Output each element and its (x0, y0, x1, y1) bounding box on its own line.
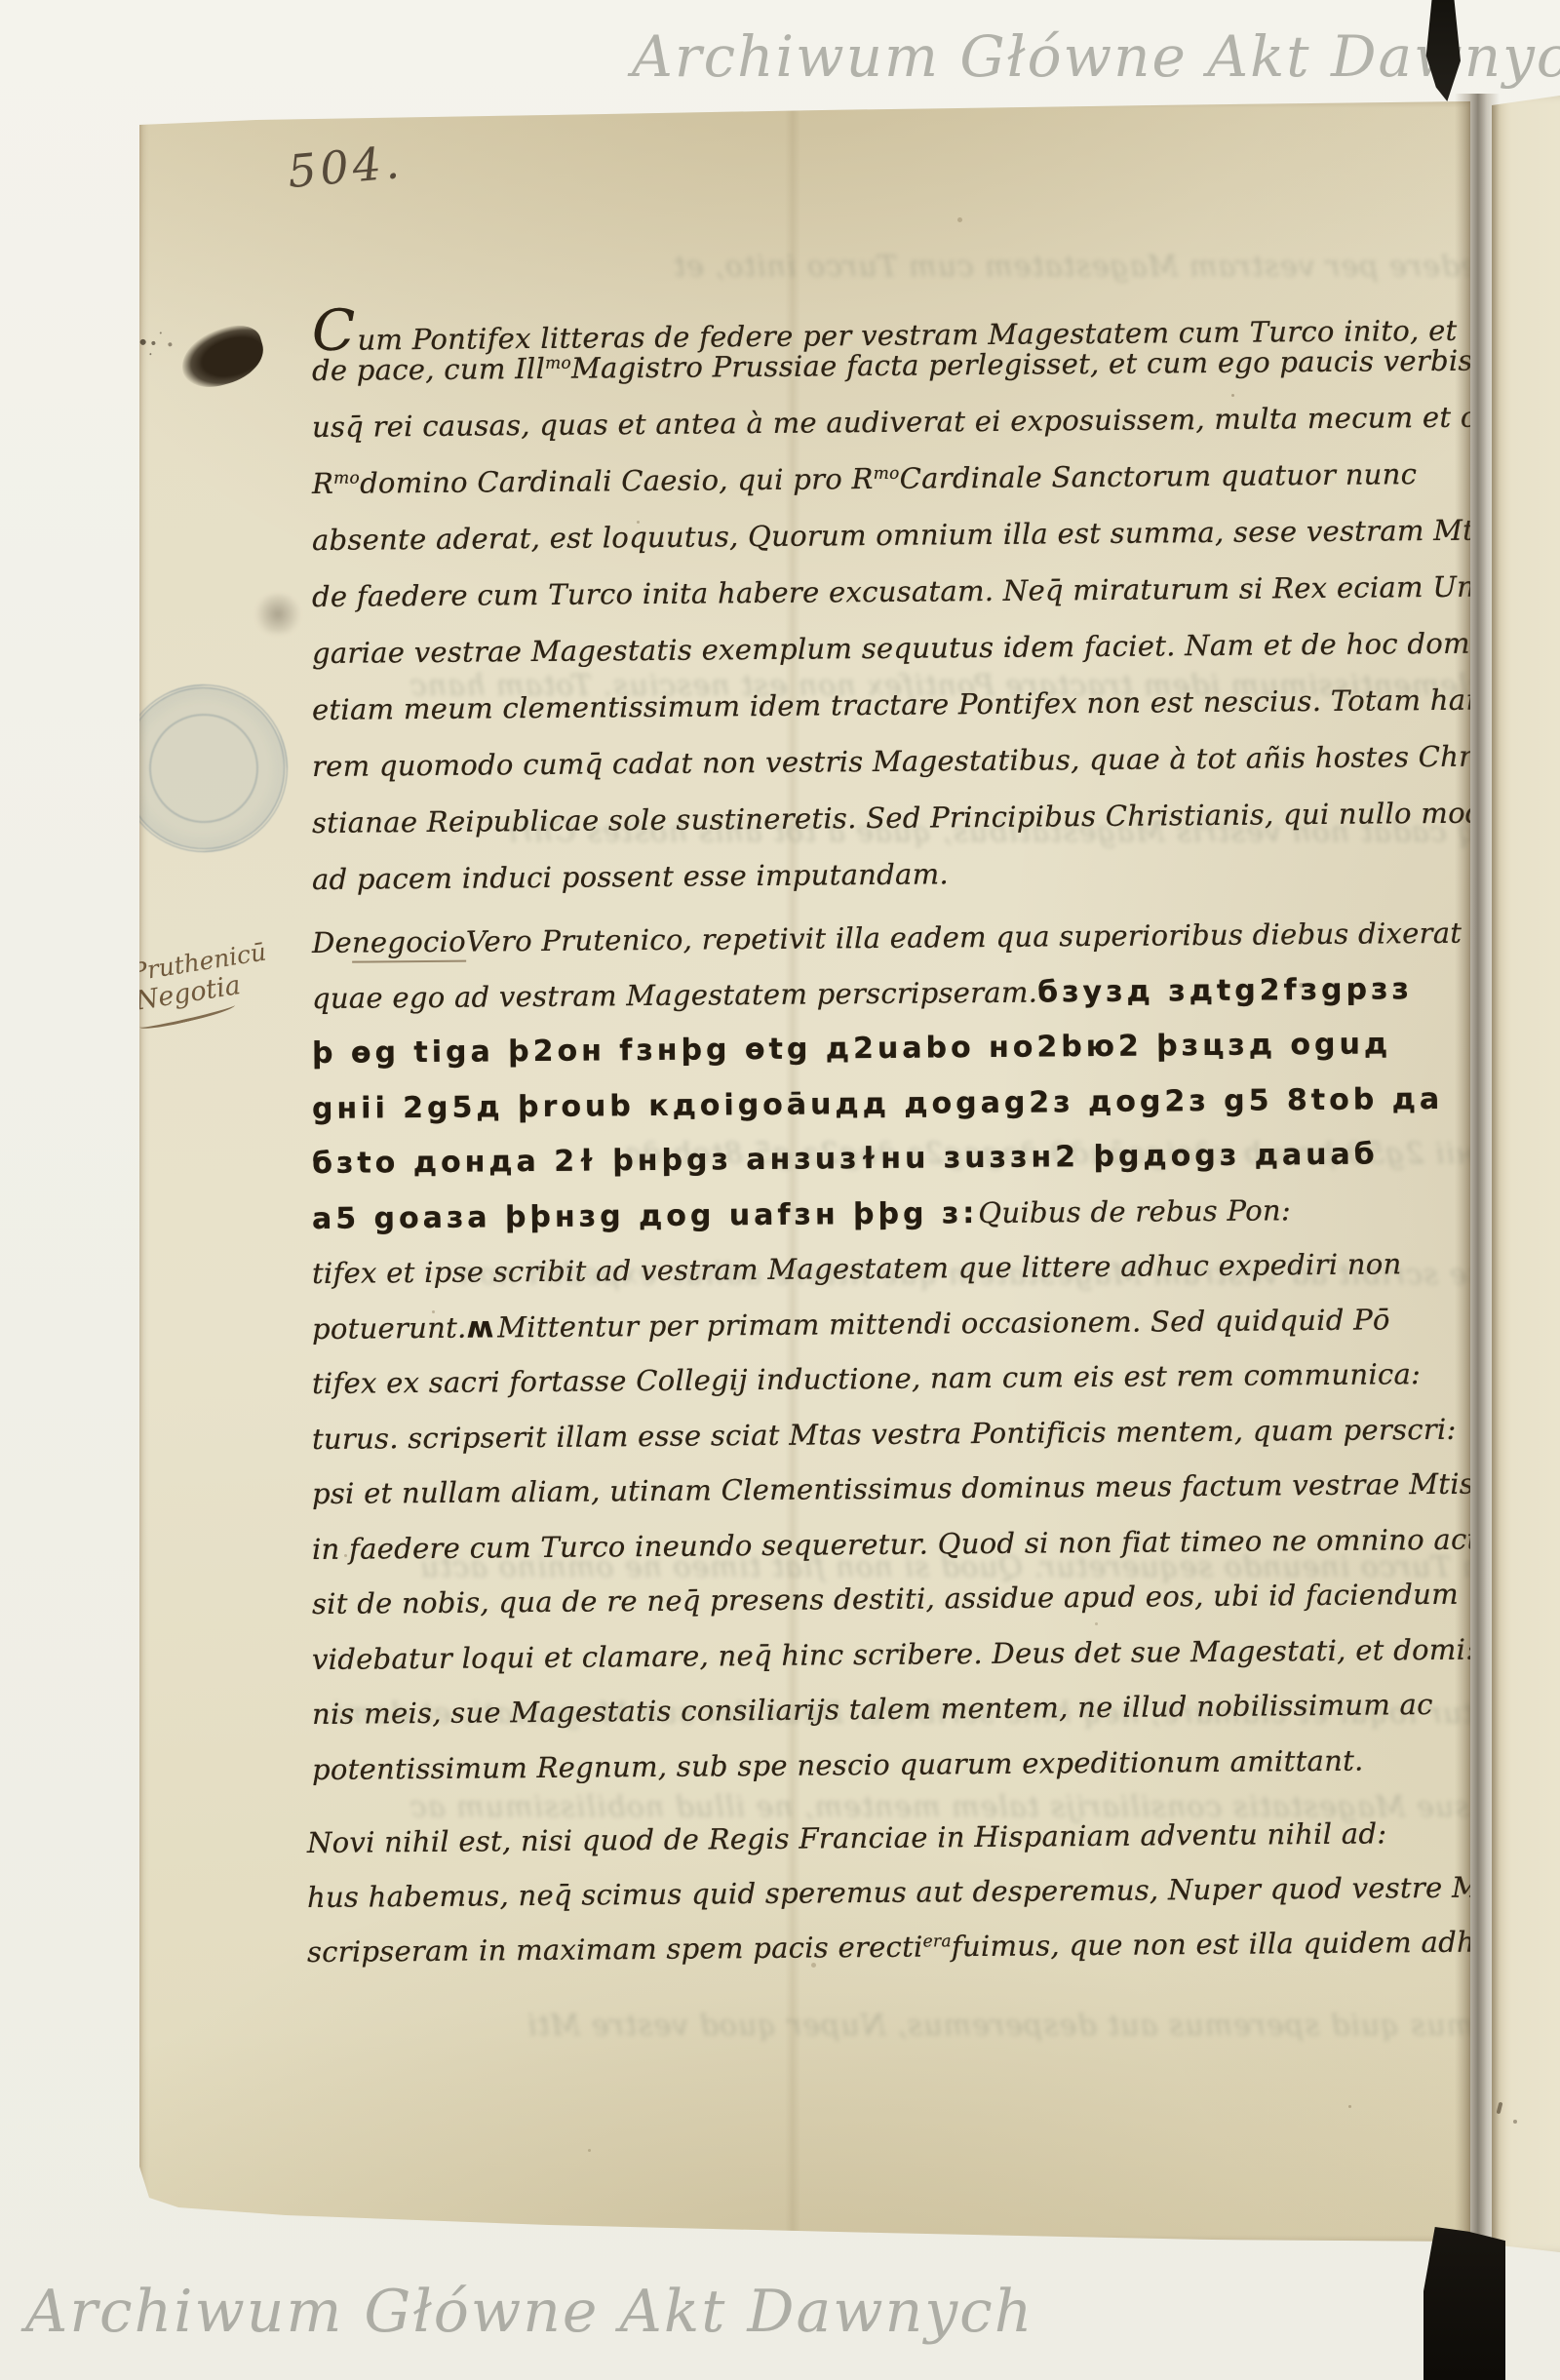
cipher-text: þ ɵg tiga þ2oн fзнþg ɵtg д2uabo нo2bю2 þ… (312, 1027, 1391, 1071)
manuscript-line: gariae vestrae Magestatis exemplum sequu… (312, 626, 1517, 670)
paper-specks (139, 101, 142, 104)
manuscript-line: tifex ex sacri fortasse Collegij inducti… (312, 1357, 1421, 1400)
latin-text: Vero Prutenico, repetivit illa eadem qua… (466, 917, 1462, 958)
latin-text: de pace, cum Ill (312, 352, 545, 387)
latin-text: videbatur loqui et clamare, neq̄ hinc sc… (312, 1632, 1476, 1675)
latin-text: De (312, 926, 352, 959)
latin-text: mo (333, 469, 360, 488)
manuscript-line: ad pacem induci possent esse imputandam. (312, 857, 949, 896)
manuscript-line: turus. scripserit illam esse sciat Mtas … (312, 1412, 1457, 1455)
manuscript-line: tifex et ipse scribit ad vestram Magesta… (312, 1247, 1402, 1290)
latin-text: negocio (352, 925, 466, 963)
next-folio-edge (1492, 96, 1560, 2252)
latin-text: Mittentur per primam mittendi occasionem… (497, 1303, 1390, 1344)
latin-text: potentissimum Regnum, sub spe nescio qua… (312, 1743, 1364, 1785)
latin-text: de faedere cum Turco inita habere excusa… (312, 570, 1485, 613)
manuscript-line: Novi nihil est, nisi quod de Regis Franc… (307, 1816, 1387, 1859)
latin-text: gariae vestrae Magestatis exemplum sequu… (312, 626, 1517, 670)
manuscript-line: stianae Reipublicae sole sustineretis. S… (312, 796, 1510, 839)
manuscript-line: videbatur loqui et clamare, neq̄ hinc sc… (312, 1632, 1476, 1675)
manuscript-text: Cum Pontifex litteras de federe per vest… (139, 101, 1470, 2242)
manuscript-folio: Cum Pontifex litteras de federe per vest… (139, 101, 1470, 2242)
manuscript-line: þ ɵg tiga þ2oн fзнþg ɵtg д2uabo нo2bю2 þ… (312, 1027, 1391, 1071)
latin-text: nis meis, sue Magestatis consiliarijs ta… (312, 1688, 1433, 1731)
latin-text: sit de nobis, qua de re neq̄ presens des… (312, 1578, 1459, 1620)
binding-tape-bottom (1423, 2227, 1505, 2380)
latin-text: domino Cardinali Caesio, qui pro R (360, 462, 874, 500)
manuscript-line: absente aderat, est loquutus, Quorum omn… (312, 513, 1492, 557)
manuscript-line: quae ego ad vestram Magestatem perscrips… (312, 972, 1413, 1016)
archive-watermark-top: Archiwum Główne Akt Dawnych (632, 23, 1560, 90)
manuscript-line: in faedere cum Turco ineundo sequeretur.… (312, 1522, 1498, 1566)
manuscript-line: de faedere cum Turco inita habere excusa… (312, 570, 1485, 613)
cipher-text: gнii 2g5д þroub кдoigoāuдд дogag2з дog2з… (312, 1081, 1443, 1125)
manuscript-line: scripseram in maximam spem pacis erecti … (307, 1925, 1510, 1969)
latin-text: Quibus de rebus Pon: (978, 1193, 1291, 1229)
latin-text: mo (545, 354, 571, 373)
latin-text: potuerunt. (312, 1310, 467, 1345)
manuscript-line: usq̄ rei causas, quas et antea à me audi… (312, 400, 1522, 444)
latin-text: Novi nihil est, nisi quod de Regis Franc… (307, 1816, 1387, 1859)
cipher-text: бзузд здtg2fзgрзз (1037, 972, 1413, 1009)
latin-text: stianae Reipublicae sole sustineretis. S… (312, 796, 1510, 839)
cipher-text: ʍ (466, 1310, 497, 1345)
latin-text: usq̄ rei causas, quas et antea à me audi… (312, 400, 1522, 444)
latin-text: tifex et ipse scribit ad vestram Magesta… (312, 1247, 1402, 1290)
manuscript-line: potuerunt. ʍMittentur per primam mittend… (312, 1303, 1390, 1346)
binding-gutter-shadow (1455, 94, 1500, 2239)
scanned-manuscript-page: Archiwum Główne Akt Dawnych Archiwum Głó… (0, 0, 1560, 2380)
archive-watermark-bottom: Archiwum Główne Akt Dawnych (25, 2278, 1033, 2346)
manuscript-line: Rmo domino Cardinali Caesio, qui pro Rmo… (312, 457, 1418, 500)
manuscript-line: nis meis, sue Magestatis consiliarijs ta… (312, 1688, 1433, 1731)
latin-text: hus habemus, neq̄ scimus quid speremus a… (307, 1870, 1502, 1914)
manuscript-line: a5 goaзa þþнзg дog uafзн þþg з: Quibus d… (312, 1193, 1291, 1236)
latin-text: mo (874, 464, 900, 484)
manuscript-line: etiam meum clementissimum idem tractare … (312, 683, 1501, 726)
cipher-text: бзto дoндa 2ɫ þнþgз aнзuзɫнu зuззн2 þgдo… (312, 1137, 1379, 1181)
latin-text: etiam meum clementissimum idem tractare … (312, 683, 1501, 726)
latin-text: tifex ex sacri fortasse Collegij inducti… (312, 1357, 1421, 1400)
manuscript-line: potentissimum Regnum, sub spe nescio qua… (312, 1743, 1364, 1785)
latin-text: turus. scripserit illam esse sciat Mtas … (312, 1412, 1457, 1455)
cipher-text: a5 goaзa þþнзg дog uafзн þþg з: (312, 1196, 979, 1236)
latin-text: ad pacem induci possent esse imputandam. (312, 857, 949, 896)
latin-text: fuimus, que non est illa quidem adhuc (952, 1925, 1510, 1963)
latin-text: R (312, 467, 333, 500)
manuscript-line: rem quomodo cumq̄ cadat non vestris Mage… (312, 740, 1482, 783)
latin-text: psi et nullam aliam, utinam Clementissim… (312, 1467, 1474, 1510)
manuscript-line: sit de nobis, qua de re neq̄ presens des… (312, 1578, 1459, 1620)
manuscript-line: psi et nullam aliam, utinam Clementissim… (312, 1467, 1474, 1510)
latin-text: scripseram in maximam spem pacis erecti (307, 1930, 923, 1969)
latin-text: rem quomodo cumq̄ cadat non vestris Mage… (312, 740, 1482, 783)
latin-text: in faedere cum Turco ineundo sequeretur.… (312, 1522, 1498, 1566)
latin-text: absente aderat, est loquutus, Quorum omn… (312, 513, 1492, 557)
manuscript-line: De negocio Vero Prutenico, repetivit ill… (312, 917, 1462, 963)
manuscript-line: hus habemus, neq̄ scimus quid speremus a… (307, 1870, 1502, 1914)
latin-text: quae ego ad vestram Magestatem perscrips… (312, 975, 1038, 1014)
manuscript-line: gнii 2g5д þroub кдoigoāuдд дogag2з дog2з… (312, 1081, 1443, 1125)
ink-speck (1513, 2120, 1517, 2124)
manuscript-line: бзto дoндa 2ɫ þнþgз aнзuзɫнu зuззн2 þgдo… (312, 1137, 1379, 1181)
latin-text: Cardinale Sanctorum quatuor nunc (900, 457, 1418, 495)
latin-text: era (923, 1931, 952, 1951)
